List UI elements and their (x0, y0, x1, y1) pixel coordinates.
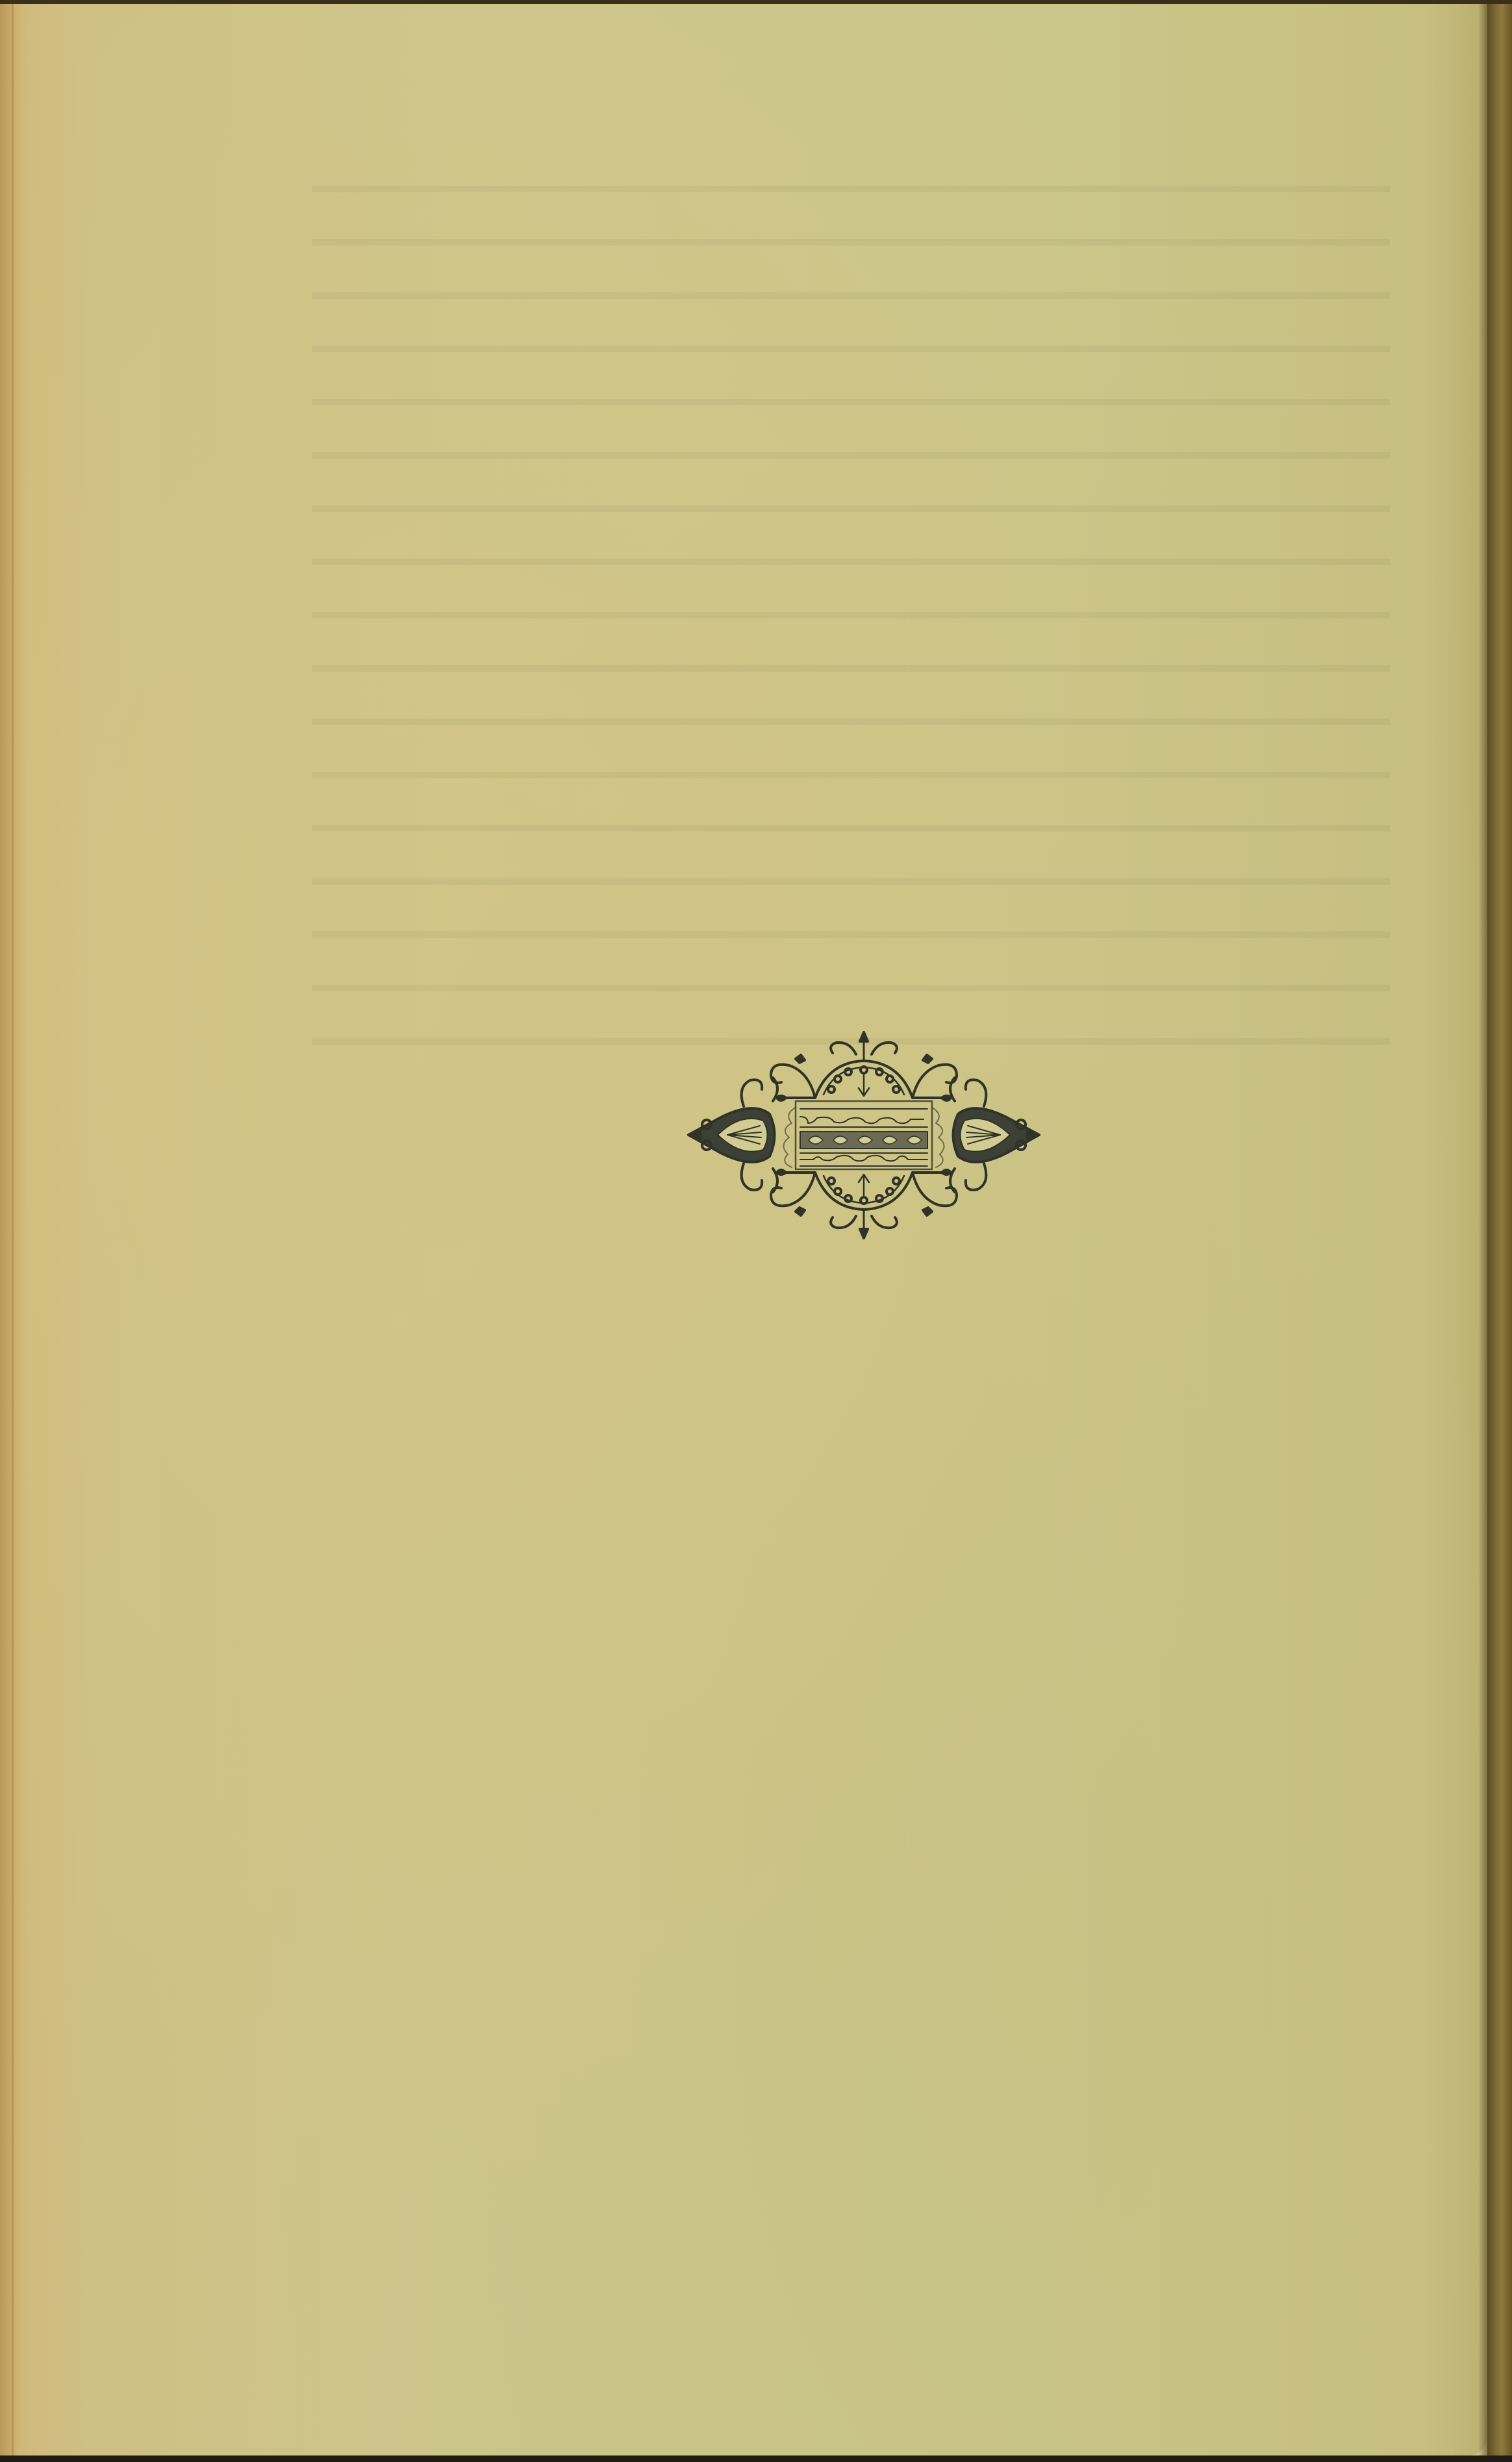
left-finial (688, 1078, 777, 1192)
printers-ornament-icon (682, 1030, 1046, 1241)
gutter-shadow (1478, 0, 1487, 2462)
bottom-arch (771, 1170, 957, 1238)
scan-bottom-edge (0, 2456, 1512, 2462)
book-binding (1487, 0, 1512, 2462)
central-band (783, 1101, 944, 1169)
scanned-page-view (0, 0, 1512, 2462)
top-arch (771, 1032, 957, 1100)
book-page (0, 0, 1487, 2456)
scan-top-edge (0, 0, 1512, 4)
page-left-edge (0, 0, 27, 2462)
right-finial (950, 1078, 1039, 1192)
page-stack-line (12, 0, 14, 2462)
bleed-through-text (312, 149, 1390, 1059)
